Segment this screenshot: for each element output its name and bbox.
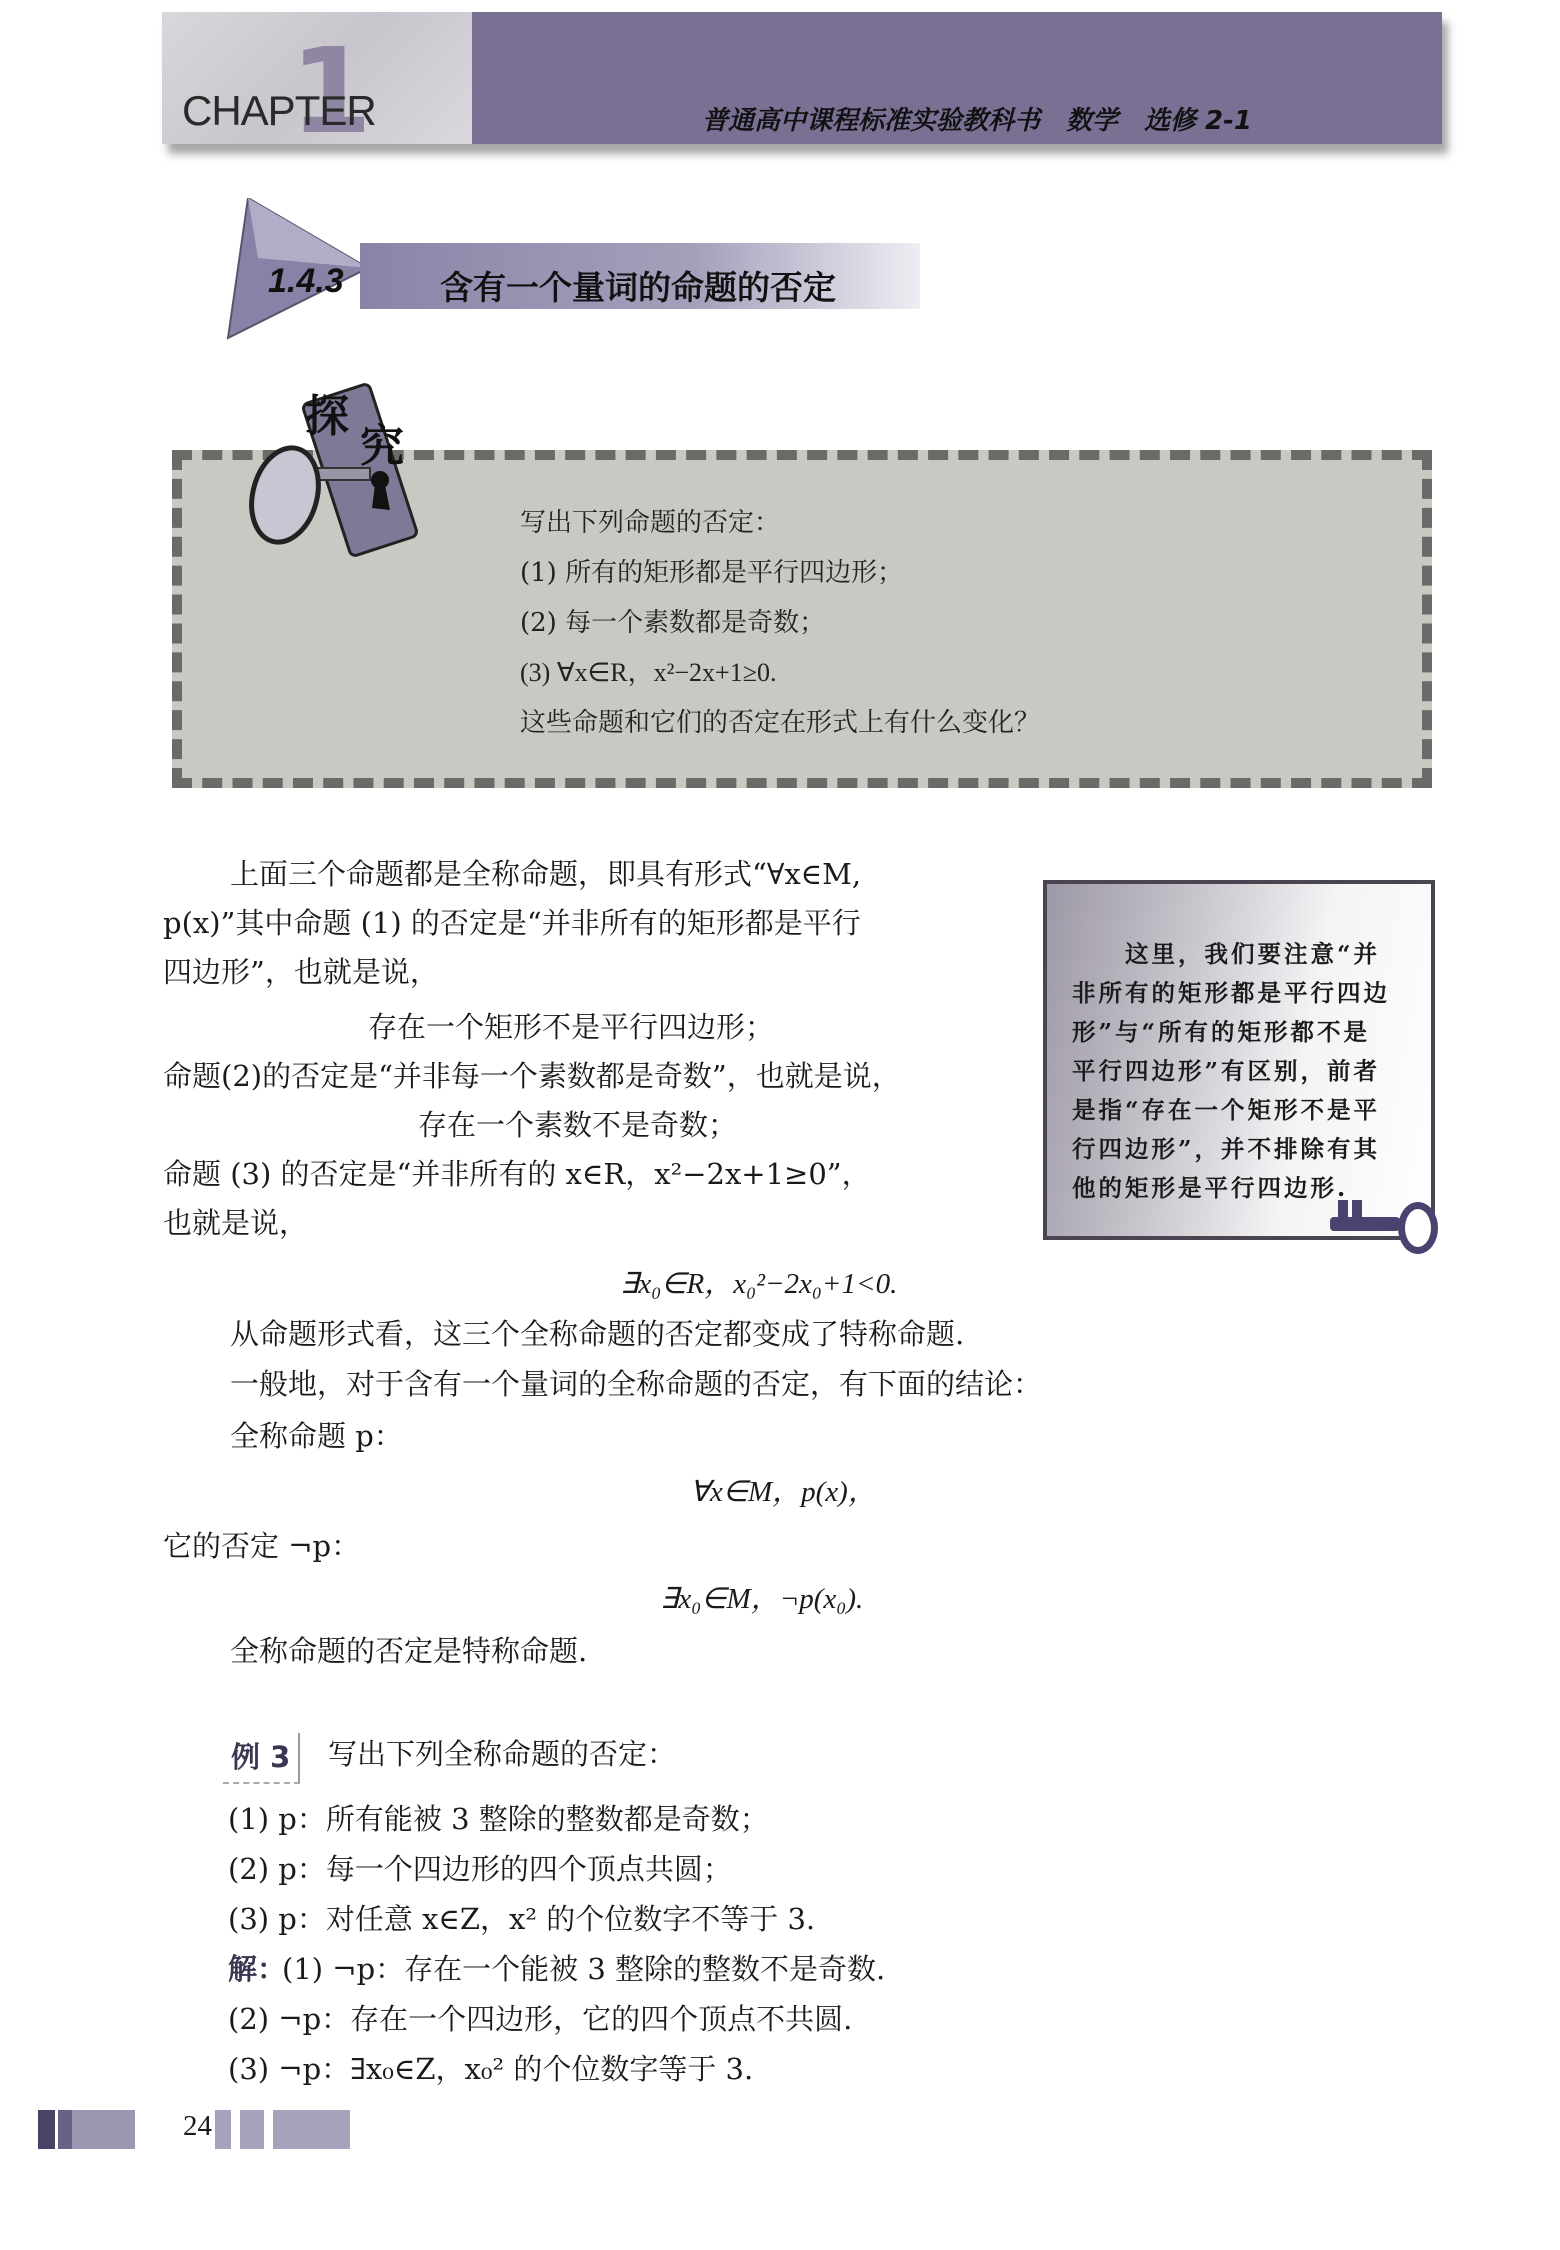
explore-line: (1) 所有的矩形都是平行四边形； bbox=[520, 548, 1040, 598]
footer-bar bbox=[58, 2110, 72, 2149]
example-item: (2) p：每一个四边形的四个顶点共圆； bbox=[228, 1845, 732, 1894]
explore-text: 写出下列命题的否定： (1) 所有的矩形都是平行四边形； (2) 每一个素数都是… bbox=[520, 498, 1040, 748]
negation-label: 它的否定 ¬p： bbox=[163, 1522, 360, 1571]
solution-item: (2) ¬p：存在一个四边形，它的四个顶点不共圆. bbox=[228, 1995, 852, 2044]
footer-bar bbox=[215, 2110, 231, 2149]
explore-line: (2) 每一个素数都是奇数； bbox=[520, 598, 1040, 648]
paragraph-line: p(x)”其中命题 (1) 的否定是“并非所有的矩形都是平行 bbox=[163, 899, 861, 948]
solution-label: 解： bbox=[228, 1945, 286, 1994]
centered-statement: 存在一个素数不是奇数； bbox=[418, 1101, 737, 1150]
paragraph-line: 命题(2)的否定是“并非每一个素数都是奇数”，也就是说， bbox=[163, 1052, 901, 1101]
conclusion: 全称命题的否定是特称命题. bbox=[230, 1627, 587, 1676]
formula: ∃x₀∈R，x₀²−2x₀+1<0. bbox=[620, 1260, 897, 1309]
formula: ∃x₀∈M，¬p(x₀). bbox=[660, 1575, 863, 1624]
universal-label: 全称命题 p： bbox=[230, 1412, 403, 1461]
explore-label-1: 探 bbox=[305, 380, 349, 444]
footer-bar bbox=[72, 2110, 135, 2149]
explore-line: 这些命题和它们的否定在形式上有什么变化？ bbox=[520, 698, 1040, 748]
explore-line: (3) ∀x∈R，x²−2x+1≥0. bbox=[520, 648, 1040, 698]
sidenote-line: 平行四边形”有区别，前者 bbox=[1072, 1052, 1422, 1091]
key-icon bbox=[1330, 1217, 1400, 1231]
example-prompt: 写出下列全称命题的否定： bbox=[328, 1730, 676, 1779]
sidenote-line: 形”与“所有的矩形都不是 bbox=[1072, 1013, 1422, 1052]
series-band: 普通高中课程标准实验教科书 数学 选修 2-1 bbox=[472, 12, 1442, 144]
section-title: 含有一个量词的命题的否定 bbox=[440, 262, 836, 309]
paragraph-line: 一般地，对于含有一个量词的全称命题的否定，有下面的结论： bbox=[230, 1360, 1042, 1409]
chapter-word: CHAPTER bbox=[182, 87, 376, 135]
sidenote-line: 他的矩形是平行四边形. bbox=[1072, 1169, 1422, 1208]
footer-bar bbox=[38, 2110, 55, 2149]
example-item: (1) p：所有能被 3 整除的整数都是奇数； bbox=[228, 1795, 769, 1844]
series-title: 普通高中课程标准实验教科书 数学 选修 2-1 bbox=[702, 100, 1252, 137]
footer-bar bbox=[240, 2110, 264, 2149]
solution-item: (1) ¬p：存在一个能被 3 整除的整数不是奇数. bbox=[282, 1945, 885, 1994]
paragraph-line: 从命题形式看，这三个全称命题的否定都变成了特称命题. bbox=[230, 1310, 964, 1359]
paragraph-line: 也就是说， bbox=[163, 1199, 308, 1248]
sidenote-text: 这里，我们要注意“并 非所有的矩形都是平行四边 形”与“所有的矩形都不是 平行四… bbox=[1072, 935, 1422, 1208]
sidenote-line: 是指“存在一个矩形不是平 bbox=[1072, 1091, 1422, 1130]
example-label: 例 3 bbox=[223, 1733, 300, 1784]
chapter-badge: 1 CHAPTER bbox=[162, 12, 472, 144]
explore-label-2: 究 bbox=[360, 410, 404, 474]
chapter-banner: 1 CHAPTER 普通高中课程标准实验教科书 数学 选修 2-1 bbox=[162, 12, 1442, 144]
sidenote-line: 行四边形”，并不排除有其 bbox=[1072, 1130, 1422, 1169]
section-number: 1.4.3 bbox=[268, 262, 344, 301]
example-item: (3) p：对任意 x∈Z，x² 的个位数字不等于 3. bbox=[228, 1895, 815, 1944]
footer-bar bbox=[273, 2110, 350, 2149]
centered-statement: 存在一个矩形不是平行四边形； bbox=[368, 1003, 774, 1052]
paragraph-line: 四边形”，也就是说， bbox=[163, 948, 439, 997]
sidenote-line: 这里，我们要注意“并 bbox=[1072, 935, 1422, 974]
paragraph-line: 上面三个命题都是全称命题，即具有形式“∀x∈M, bbox=[230, 850, 861, 899]
formula: ∀x∈M，p(x)， bbox=[690, 1468, 877, 1517]
paragraph-line: 命题 (3) 的否定是“并非所有的 x∈R，x²−2x+1≥0”， bbox=[163, 1150, 871, 1199]
key-icon bbox=[1398, 1202, 1438, 1254]
explore-line: 写出下列命题的否定： bbox=[520, 498, 1040, 548]
solution-item: (3) ¬p：∃x₀∈Z，x₀² 的个位数字等于 3. bbox=[228, 2045, 753, 2094]
page-number: 24 bbox=[183, 2110, 212, 2143]
sidenote-line: 非所有的矩形都是平行四边 bbox=[1072, 974, 1422, 1013]
